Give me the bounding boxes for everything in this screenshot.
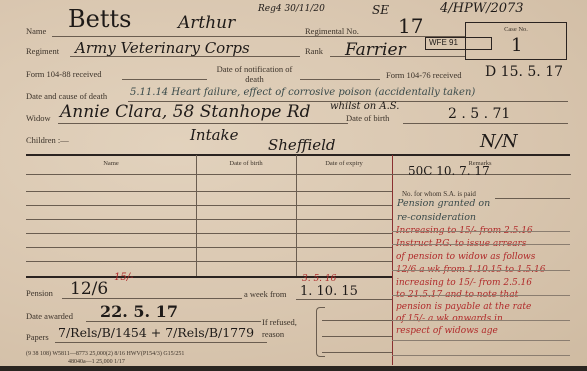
widow-note: whilst on A.S. — [330, 101, 399, 112]
pension-value: 12/6 — [70, 279, 108, 299]
papers-label: Papers — [26, 332, 49, 342]
week-from-value: 1. 10. 15 — [300, 284, 358, 299]
red-remark-5: increasing to 15/- from 2.5.16 — [396, 278, 532, 288]
regimental-no-value: 17 — [398, 14, 423, 38]
papers-value: 7/Rels/B/1454 + 7/Rels/B/1779 — [58, 325, 254, 340]
remarks-line — [392, 231, 570, 232]
regimental-no-label: Regimental No. — [305, 26, 359, 36]
death-label: Date and cause of death — [26, 91, 107, 101]
widow-value: Annie Clara, 58 Stanhope Rd — [60, 102, 311, 122]
remarks-line — [392, 320, 570, 321]
remarks-line — [392, 244, 570, 245]
refused-label: If refused, reason — [262, 316, 312, 340]
table-bottom-rule — [26, 276, 392, 278]
papers-line — [55, 342, 267, 343]
table-top-rule — [26, 154, 570, 156]
form-10488-line — [122, 79, 207, 80]
children-mark: N/N — [480, 131, 518, 152]
remarks-line — [392, 355, 570, 356]
widow-label: Widow — [26, 113, 51, 123]
table-row-line — [26, 219, 392, 220]
rank-value: Farrier — [345, 40, 406, 60]
remarks-line — [392, 295, 570, 296]
red-remark-7: pension is payable at the rate — [396, 302, 531, 312]
forename-value: Arthur — [178, 13, 235, 33]
sa-label: No. for whom S.A. is paid — [402, 190, 476, 198]
widow-address-line2: Intake — [190, 126, 239, 144]
regiment-value: Army Veterinary Corps — [75, 39, 250, 57]
remarks-line — [392, 270, 570, 271]
pension-revised-value: 15/- — [114, 272, 133, 283]
refused-line — [322, 352, 392, 353]
print-code-line2: 48040a—1 25,000 1/17 — [68, 359, 125, 365]
week-from-revised: 3. 5. 16 — [302, 274, 336, 284]
table-row-line — [26, 247, 392, 248]
case-no-label: Case No. — [466, 26, 566, 33]
refused-bracket — [316, 307, 325, 357]
print-code-line1: (9 38 108) W5811—8773 25,000(2) 8/16 HWV… — [26, 351, 184, 357]
awarded-label: Date awarded — [26, 311, 73, 321]
reg-note: Reg4 30/11/20 — [258, 4, 325, 14]
table-row-line — [26, 191, 392, 192]
week-from-label: a week from — [244, 289, 286, 299]
name-line — [52, 36, 382, 37]
notification-line — [300, 79, 380, 80]
remarks-row-value: 50C 10. 7. 17 — [408, 164, 490, 178]
col-header-expiry: Date of expiry — [296, 160, 392, 167]
red-remark-9: respect of widows age — [396, 326, 498, 336]
children-label: Children :— — [26, 135, 69, 145]
regiment-label: Regiment — [26, 46, 59, 56]
se-note: SE — [372, 3, 389, 17]
pension-label: Pension — [26, 288, 53, 298]
remarks-line — [392, 340, 570, 341]
red-remark-8: of 15/- a wk onwards in — [396, 314, 503, 324]
table-row-line — [26, 261, 392, 262]
col-header-dob: Date of birth — [196, 160, 296, 167]
name-label: Name — [26, 26, 46, 36]
file-reference: 4/HPW/2073 — [440, 1, 524, 16]
table-row-line — [26, 205, 392, 206]
form-10476-value: D 15. 5. 17 — [485, 64, 563, 80]
widow-line — [58, 123, 348, 124]
pension-record-card: Reg4 30/11/20 SE 4/HPW/2073 Case No. 1 W… — [0, 0, 587, 366]
red-remark-3: of pension to widow as follows — [396, 252, 535, 262]
pencil-remark-2: re-consideration — [397, 212, 476, 223]
rank-label: Rank — [305, 46, 323, 56]
wfe-stamp: WFE 91 — [425, 37, 492, 50]
col-header-name: Name — [26, 160, 196, 167]
surname-value: Betts — [68, 5, 131, 33]
dob-line — [403, 123, 568, 124]
awarded-value: 22. 5. 17 — [100, 302, 178, 321]
widow-address-line3: Sheffield — [268, 136, 336, 154]
death-value: 5.11.14 Heart failure, effect of corrosi… — [130, 87, 475, 98]
awarded-line — [86, 321, 261, 322]
refused-line — [322, 336, 392, 337]
case-no-value: 1 — [511, 35, 522, 56]
pencil-remark-1: Pension granted on — [397, 198, 490, 209]
form-10488-label: Form 104-88 received — [26, 69, 102, 79]
col-divider-remarks — [392, 155, 393, 365]
table-row-line — [26, 233, 392, 234]
dob-label: Date of birth — [346, 113, 389, 123]
form-10476-label: Form 104-76 received — [386, 70, 462, 80]
dob-value: 2 . 5 . 71 — [448, 106, 510, 122]
sa-line — [495, 198, 570, 199]
refused-line — [322, 320, 392, 321]
notification-label: Date of notification of death — [212, 64, 297, 84]
week-from-line — [296, 299, 392, 300]
